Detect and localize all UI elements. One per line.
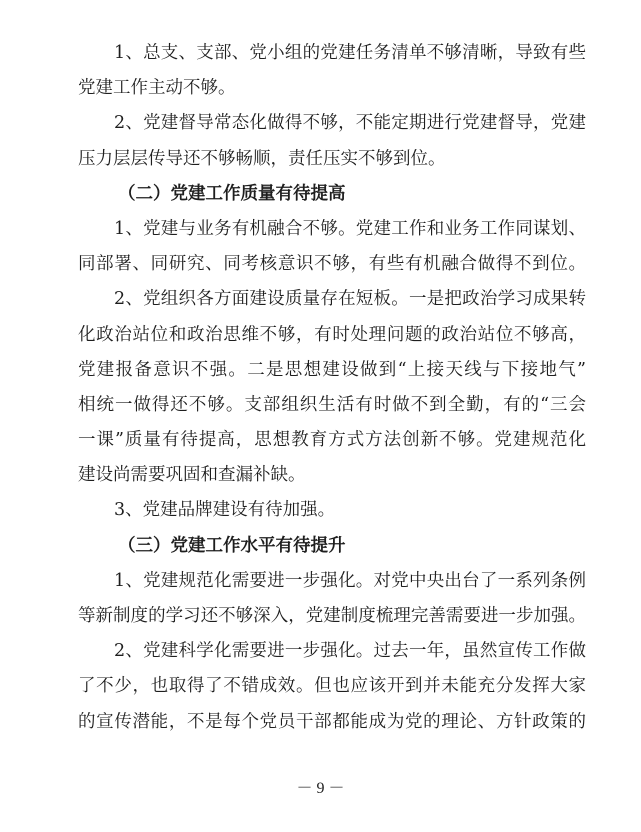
document-page: 1、总支、支部、党小组的党建任务清单不够清晰，导致有些 党建工作主动不够。 2、… <box>78 36 586 740</box>
paragraph-line: 的宣传潜能，不是每个党员干部都能成为党的理论、方针政策的 <box>78 705 586 740</box>
section-heading: （三）党建工作水平有待提升 <box>78 529 586 564</box>
paragraph-line: 压力层层传导还不够畅顺，责任压实不够到位。 <box>78 142 586 177</box>
paragraph-line: 2、党建科学化需要进一步强化。过去一年，虽然宣传工作做 <box>78 634 586 669</box>
paragraph-line: 一课”质量有待提高，思想教育方式方法创新不够。党建规范化 <box>78 423 586 458</box>
paragraph-line: 等新制度的学习还不够深入，党建制度梳理完善需要进一步加强。 <box>78 599 586 634</box>
paragraph-line: 1、党建规范化需要进一步强化。对党中央出台了一系列条例 <box>78 564 586 599</box>
paragraph-line: 党建报备意识不强。二是思想建设做到“上接天线与下接地气” <box>78 353 586 388</box>
paragraph-line: 3、党建品牌建设有待加强。 <box>78 493 586 528</box>
paragraph-line: 了不少，也取得了不错成效。但也应该开到并未能充分发挥大家 <box>78 669 586 704</box>
paragraph-line: 党建工作主动不够。 <box>78 71 586 106</box>
paragraph-line: 1、总支、支部、党小组的党建任务清单不够清晰，导致有些 <box>78 36 586 71</box>
paragraph-line: 相统一做得还不够。支部组织生活有时做不到全勤，有的“三会 <box>78 388 586 423</box>
page-number: － 9 － <box>0 775 641 798</box>
paragraph-line: 建设尚需要巩固和查漏补缺。 <box>78 458 586 493</box>
paragraph-line: 1、党建与业务有机融合不够。党建工作和业务工作同谋划、 <box>78 212 586 247</box>
paragraph-line: 化政治站位和政治思维不够，有时处理问题的政治站位不够高， <box>78 318 586 353</box>
paragraph-line: 2、党建督导常态化做得不够，不能定期进行党建督导，党建 <box>78 106 586 141</box>
section-heading: （二）党建工作质量有待提高 <box>78 177 586 212</box>
paragraph-line: 同部署、同研究、同考核意识不够，有些有机融合做得不到位。 <box>78 247 586 282</box>
paragraph-line: 2、党组织各方面建设质量存在短板。一是把政治学习成果转 <box>78 282 586 317</box>
